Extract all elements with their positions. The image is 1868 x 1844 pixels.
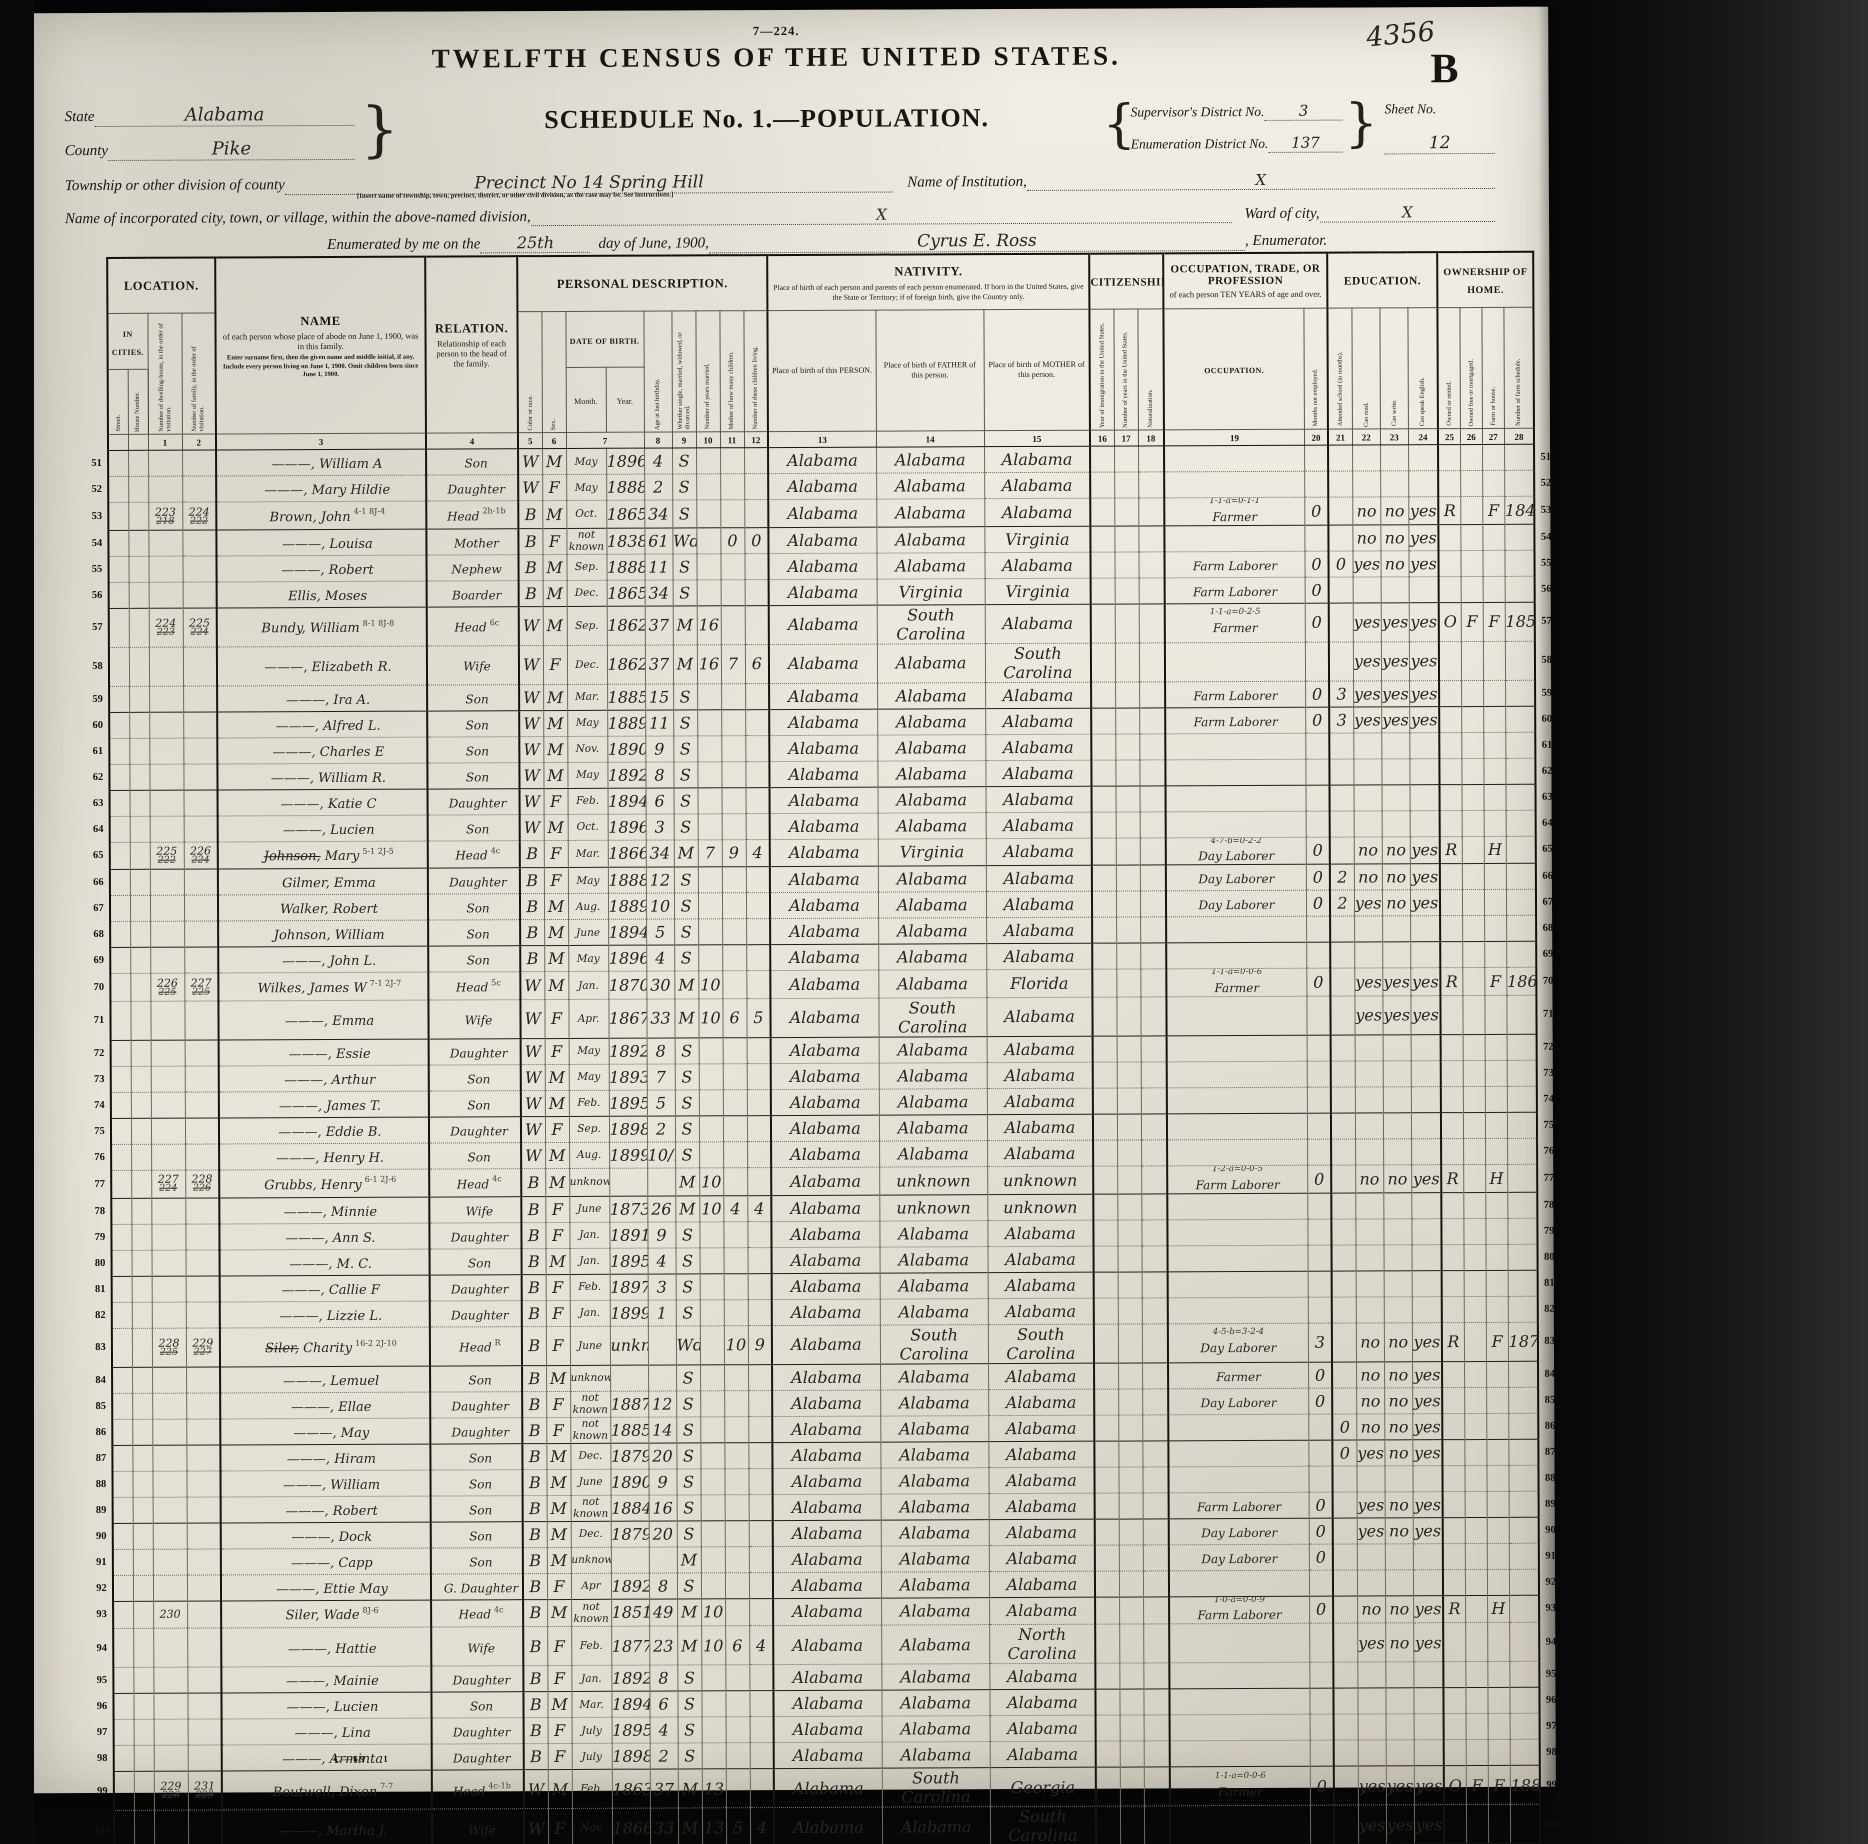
cell-can-speak-english: yes	[1409, 550, 1439, 576]
cell-months-not-employed	[1304, 445, 1328, 471]
cell-attended-school	[1333, 1544, 1357, 1570]
cell-house-number	[130, 870, 150, 896]
cell-can-read	[1353, 577, 1381, 603]
cell-can-write	[1382, 810, 1410, 836]
cell-naturalization	[1140, 786, 1166, 812]
cell-occupation: 1-1-a=0-1-1Farmer	[1164, 497, 1304, 525]
cell-pob-mother: Alabama	[988, 1298, 1094, 1324]
cell-relation: Son	[428, 920, 520, 946]
cell-age: 37	[650, 1769, 678, 1808]
cell-street	[113, 1575, 133, 1601]
line-number-left: 79	[89, 1224, 111, 1250]
cell-marital-status: S	[677, 1520, 701, 1546]
cell-can-speak-english	[1409, 576, 1439, 602]
cell-birth-year: 1895	[609, 1090, 647, 1116]
right-line-number-gutter	[1533, 252, 1556, 445]
cell-pob-father: unknown	[879, 1167, 987, 1195]
cell-color-race: B	[520, 920, 544, 946]
cell-can-read	[1355, 1113, 1383, 1139]
cell-name: ———, Charles E	[217, 737, 427, 764]
cell-children-living	[749, 1494, 773, 1520]
cell-pob-person: Alabama	[774, 1768, 882, 1807]
line-number-right: 85	[1538, 1387, 1560, 1413]
cell-dwelling-number: 225222	[150, 842, 184, 870]
cell-can-write	[1383, 1192, 1411, 1218]
cell-marital-status: S	[676, 1273, 700, 1299]
line-number-right: 81	[1538, 1270, 1560, 1296]
col-header-can-speak-english: Can speak English.	[1408, 308, 1439, 429]
cell-farm-or-house: F	[1488, 1766, 1510, 1805]
cell-pob-mother: Alabama	[988, 1272, 1094, 1298]
cell-owned-rented	[1439, 732, 1461, 758]
cell-birth-month: Feb.	[570, 1274, 610, 1300]
cell-immigration-year	[1091, 682, 1115, 708]
cell-owned-rented	[1440, 784, 1462, 810]
line-number-right: 92	[1539, 1569, 1561, 1595]
cell-can-speak-english	[1409, 732, 1439, 758]
cell-immigration-year	[1093, 1140, 1117, 1166]
cell-birth-month: Oct.	[566, 500, 606, 528]
cell-naturalization	[1143, 1596, 1169, 1624]
line-number-left: 86	[90, 1419, 112, 1445]
cell-street	[110, 896, 130, 922]
cell-birth-year: 1877	[611, 1626, 649, 1665]
cell-pob-person: Alabama	[770, 866, 878, 892]
cell-name: ———, Ettie May	[221, 1574, 431, 1601]
cell-house-number	[129, 582, 149, 608]
cell-farm-or-house	[1484, 916, 1506, 942]
cell-years-in-us	[1119, 1467, 1143, 1493]
cell-farm-schedule	[1505, 550, 1535, 576]
cell-can-write	[1384, 1296, 1412, 1322]
cell-mother-of-children	[721, 683, 745, 709]
line-number-left: 97	[92, 1720, 114, 1746]
cell-occupation: 1-0-a=0-0-9Farm Laborer	[1169, 1596, 1309, 1624]
cell-owned-rented	[1440, 758, 1462, 784]
cell-relation: HeadR	[430, 1326, 522, 1365]
cell-dwelling-number: 223218	[148, 502, 182, 530]
cell-naturalization	[1144, 1741, 1170, 1767]
cell-attended-school	[1329, 603, 1353, 642]
cell-birth-month: July	[572, 1743, 612, 1769]
cell-birth-year: 1896	[608, 945, 646, 971]
cell-house-number	[132, 1250, 152, 1276]
cell-occupation: Farm Laborer	[1165, 577, 1305, 604]
cell-years-in-us	[1115, 682, 1139, 708]
cell-color-race: W	[520, 972, 544, 1000]
cell-owned-free-mortgaged	[1465, 1623, 1487, 1662]
cell-can-write	[1381, 732, 1409, 758]
cell-marital-status: S	[674, 788, 698, 814]
cell-farm-or-house	[1486, 1218, 1508, 1244]
cell-farm-or-house: H	[1484, 836, 1506, 864]
cell-mother-of-children	[723, 1116, 747, 1142]
column-number-18: 18	[1138, 430, 1164, 446]
cell-farm-or-house	[1486, 1296, 1508, 1322]
cell-owned-free-mortgaged	[1464, 1322, 1486, 1361]
cell-sex: M	[543, 736, 567, 762]
cell-months-not-employed	[1308, 1245, 1332, 1271]
column-number-20: 20	[1304, 429, 1328, 445]
line-number-right: 59	[1535, 680, 1557, 706]
cell-owned-rented	[1443, 1623, 1465, 1662]
cell-sex: M	[546, 1248, 570, 1274]
cell-relation: Son	[430, 1248, 522, 1274]
cell-house-number	[128, 556, 148, 582]
cell-owned-free-mortgaged	[1464, 1270, 1486, 1296]
cell-mother-of-children	[725, 1520, 749, 1546]
cell-owned-free-mortgaged	[1460, 496, 1482, 524]
cell-marital-status: S	[673, 710, 697, 736]
cell-naturalization	[1139, 604, 1165, 643]
cell-mother-of-children: 6	[722, 999, 746, 1038]
cell-occupation	[1167, 1193, 1307, 1220]
cell-years-in-us	[1119, 1663, 1143, 1689]
cell-birth-year: 1865	[607, 580, 645, 606]
cell-owned-rented	[1442, 1296, 1464, 1322]
cell-relation: Son	[426, 449, 518, 475]
cell-can-speak-english	[1408, 471, 1438, 497]
cell-pob-father: Alabama	[879, 1115, 987, 1141]
cell-owned-free-mortgaged	[1463, 1060, 1485, 1086]
line-number-right: 93	[1539, 1595, 1561, 1623]
cell-months-not-employed: 0	[1305, 707, 1329, 733]
cell-naturalization	[1140, 891, 1166, 917]
line-number-right: 61	[1535, 732, 1557, 758]
cell-relation: Daughter	[430, 1417, 522, 1443]
cell-pob-father: Alabama	[881, 1625, 989, 1664]
cell-sex: F	[542, 528, 566, 554]
cell-can-speak-english	[1412, 1218, 1442, 1244]
cell-owned-rented	[1441, 1192, 1463, 1218]
cell-pob-mother: Georgia	[990, 1767, 1096, 1806]
cell-can-read: yes	[1355, 968, 1383, 996]
cell-house-number	[130, 1001, 150, 1040]
cell-naturalization	[1143, 1518, 1169, 1544]
cell-occupation	[1167, 996, 1307, 1036]
cell-marital-status: S	[676, 1364, 700, 1390]
cell-years-in-us	[1118, 1389, 1142, 1415]
cell-years-in-us	[1116, 969, 1140, 997]
left-line-number-gutter	[85, 258, 108, 451]
cell-immigration-year	[1095, 1571, 1119, 1597]
cell-attended-school	[1329, 733, 1353, 759]
cell-name: ———, Henry H.	[219, 1143, 429, 1170]
cell-attended-school	[1330, 759, 1354, 785]
cell-birth-month: June	[568, 920, 608, 946]
cell-can-read	[1357, 1569, 1385, 1595]
cell-months-not-employed: 3	[1308, 1323, 1332, 1362]
col-header-can-write: Can write.	[1380, 308, 1409, 429]
cell-occupation	[1170, 1740, 1310, 1767]
cell-owned-rented	[1441, 1112, 1463, 1138]
cell-can-read: no	[1356, 1387, 1384, 1413]
cell-immigration-year	[1092, 812, 1116, 838]
cell-years-married: 7	[698, 839, 722, 867]
cell-dwelling-number	[152, 1250, 186, 1276]
cell-marital-status: S	[678, 1717, 702, 1743]
cell-years-in-us	[1119, 1597, 1143, 1625]
cell-years-married	[699, 1221, 723, 1247]
cell-children-living: 4	[746, 839, 770, 867]
cell-house-number	[133, 1667, 153, 1693]
col-header-farm-schedule: Number of farm schedule.	[1504, 307, 1535, 428]
cell-street	[108, 450, 128, 476]
cell-color-race: B	[523, 1599, 547, 1627]
township-note: [Insert name of township, town, precinct…	[357, 192, 673, 200]
cell-can-speak-english	[1413, 1543, 1443, 1569]
cell-sex: M	[543, 684, 567, 710]
cell-mother-of-children	[725, 1691, 749, 1717]
cell-years-in-us	[1118, 1246, 1142, 1272]
cell-owned-rented	[1444, 1714, 1466, 1740]
cell-dwelling-number	[152, 1445, 186, 1471]
cell-can-write: yes	[1381, 680, 1409, 706]
cell-children-living	[746, 893, 770, 919]
cell-street	[110, 816, 130, 842]
cell-house-number	[132, 1302, 152, 1328]
cell-pob-person: Alabama	[770, 944, 878, 970]
cell-birth-year: 1887	[610, 1391, 648, 1417]
cell-years-in-us	[1117, 1140, 1141, 1166]
footer-page-value: 1	[383, 1754, 390, 1764]
cell-birth-month: Dec.	[570, 1443, 610, 1469]
cell-name: ———, Dock	[221, 1522, 431, 1549]
cell-birth-year	[610, 1365, 648, 1391]
cell-years-married	[700, 1299, 724, 1325]
cell-occupation	[1167, 1113, 1307, 1140]
cell-can-speak-english	[1414, 1662, 1444, 1688]
cell-attended-school: 0	[1333, 1440, 1357, 1466]
cell-house-number	[132, 1328, 152, 1367]
cell-sex: F	[548, 1809, 572, 1844]
cell-farm-or-house: H	[1487, 1595, 1509, 1623]
cell-street	[111, 1170, 131, 1198]
line-number-right: 71	[1537, 995, 1559, 1034]
cell-street	[109, 582, 129, 608]
cell-years-in-us	[1120, 1741, 1144, 1767]
column-number-blank-street	[108, 434, 128, 450]
cell-name: Grubbs, Henry6-1 2J-6	[219, 1169, 429, 1198]
page-title: TWELFTH CENSUS OF THE UNITED STATES.	[266, 40, 1286, 75]
cell-family-number	[182, 556, 216, 582]
cell-owned-free-mortgaged	[1463, 1112, 1485, 1138]
cell-owned-rented: R	[1438, 497, 1460, 525]
cell-can-write: yes	[1386, 1805, 1414, 1844]
cell-months-not-employed: 0	[1307, 1165, 1331, 1193]
cell-color-race: W	[520, 814, 544, 840]
cell-birth-year: 1899	[610, 1300, 648, 1326]
cell-years-in-us	[1119, 1441, 1143, 1467]
cell-farm-schedule	[1507, 1138, 1537, 1164]
cell-pob-father: Alabama	[880, 1363, 988, 1389]
cell-farm-schedule	[1507, 1060, 1537, 1086]
state-value: Alabama	[95, 104, 355, 127]
cell-months-not-employed	[1304, 471, 1328, 497]
cell-mother-of-children	[722, 971, 746, 999]
cell-house-number	[131, 1040, 151, 1066]
cell-occupation	[1168, 1414, 1308, 1441]
cell-can-speak-english	[1411, 1139, 1441, 1165]
line-number-left: 88	[90, 1471, 112, 1497]
cell-color-race: B	[518, 528, 542, 554]
cell-street	[109, 712, 129, 738]
cell-name: Wilkes, James W7-1 2J-7	[218, 972, 428, 1001]
cell-years-in-us	[1119, 1624, 1143, 1663]
col-header-owned-rented: Owned or rented.	[1438, 308, 1461, 429]
cell-farm-or-house	[1485, 1034, 1507, 1060]
cell-family-number	[186, 1367, 220, 1393]
cell-attended-school	[1328, 445, 1352, 471]
cell-pob-person: Alabama	[770, 970, 878, 998]
district-brace-close: }	[1344, 93, 1377, 153]
cell-owned-free-mortgaged	[1463, 1034, 1485, 1060]
cell-naturalization	[1142, 1414, 1168, 1440]
cell-owned-rented	[1439, 550, 1461, 576]
column-number-25: 25	[1438, 429, 1460, 445]
column-number-11: 11	[720, 432, 744, 448]
cell-sex: M	[543, 580, 567, 606]
cell-marital-status: S	[675, 1142, 699, 1168]
cell-street	[109, 608, 129, 647]
cell-dwelling-number	[154, 1719, 188, 1745]
cell-marital-status: M	[678, 1808, 702, 1844]
line-number-left: 90	[91, 1523, 113, 1549]
cell-immigration-year	[1092, 865, 1116, 891]
cell-years-married	[700, 1468, 724, 1494]
cell-immigration-year	[1093, 1166, 1117, 1194]
cell-years-in-us	[1118, 1272, 1142, 1298]
table-row: 100 ———, Martha J. Wife W F Nov. 1866 33…	[92, 1804, 1562, 1844]
cell-pob-father: Alabama	[877, 643, 985, 682]
cell-years-in-us	[1119, 1519, 1143, 1545]
cell-mother-of-children: 0	[720, 527, 744, 553]
relation-title: RELATION.	[426, 319, 516, 338]
cell-sex: M	[543, 710, 567, 736]
cell-marital-status: S	[675, 1116, 699, 1142]
cell-years-married	[702, 1743, 726, 1769]
cell-pob-person: Alabama	[771, 1089, 879, 1115]
cell-mother-of-children	[721, 709, 745, 735]
cell-can-speak-english	[1412, 1296, 1442, 1322]
cell-house-number	[130, 816, 150, 842]
cell-years-married	[700, 1442, 724, 1468]
cell-can-read: yes	[1357, 1439, 1385, 1465]
cell-family-number: 227225	[184, 973, 218, 1001]
cell-street	[111, 1118, 131, 1144]
cell-years-in-us	[1115, 578, 1139, 604]
cell-pob-mother: Alabama	[987, 997, 1093, 1036]
cell-occupation: 1-1-a=0-0-6Farmer	[1166, 969, 1306, 997]
cell-relation: Head4c	[429, 1169, 521, 1197]
col-header-house-number: House Number.	[128, 369, 148, 434]
cell-can-speak-english	[1410, 810, 1440, 836]
cell-age: 34	[645, 580, 673, 606]
cell-pob-father: Alabama	[881, 1597, 989, 1625]
cell-pob-mother: Virginia	[985, 578, 1091, 604]
cell-months-not-employed	[1310, 1740, 1334, 1766]
cell-dwelling-number	[153, 1575, 187, 1601]
cell-owned-free-mortgaged	[1461, 732, 1483, 758]
cell-years-in-us	[1116, 917, 1140, 943]
cell-pob-mother: Alabama	[990, 1715, 1096, 1741]
cell-name: Walker, Robert	[218, 894, 428, 921]
line-number-right: 52	[1534, 470, 1556, 496]
cell-pob-person: Alabama	[772, 1416, 880, 1442]
cell-name: ———, Mary Hildie	[216, 475, 426, 502]
cell-children-living	[744, 500, 768, 528]
cell-birth-month: Jan.	[569, 1222, 609, 1248]
line-number-left: 95	[91, 1668, 113, 1694]
cell-months-not-employed: 0	[1306, 864, 1330, 890]
cell-immigration-year	[1092, 760, 1116, 786]
cell-age: 1	[648, 1300, 676, 1326]
cell-can-read	[1358, 1740, 1386, 1766]
cell-farm-schedule: 187	[1508, 1322, 1538, 1361]
cell-family-number	[186, 1276, 220, 1302]
cell-can-read	[1355, 1061, 1383, 1087]
cell-mother-of-children	[721, 761, 745, 787]
cell-months-not-employed: 0	[1309, 1544, 1333, 1570]
cell-can-write	[1386, 1688, 1414, 1714]
cell-marital-status: S	[676, 1390, 700, 1416]
cell-pob-person: Alabama	[770, 892, 878, 918]
cell-immigration-year	[1093, 1036, 1117, 1062]
column-number-12: 12	[744, 432, 768, 448]
cell-years-in-us	[1118, 1324, 1142, 1363]
cell-pob-father: Alabama	[877, 682, 985, 708]
col-header-farm-or-house: Farm or house.	[1482, 307, 1505, 428]
cell-children-living	[747, 1142, 771, 1168]
cell-years-married	[700, 1416, 724, 1442]
cell-years-married	[699, 1038, 723, 1064]
enumerated-label: Enumerated by me on the	[327, 236, 480, 254]
cell-family-number	[183, 738, 217, 764]
column-number-15: 15	[984, 430, 1090, 446]
cell-birth-year: 1889	[607, 710, 645, 736]
cell-naturalization	[1142, 1323, 1168, 1362]
cell-pob-father: Alabama	[882, 1716, 990, 1742]
cell-name: Johnson, Mary5-1 2J-5	[218, 841, 428, 870]
cell-mother-of-children	[722, 893, 746, 919]
cell-name: ———, Ira A.	[217, 685, 427, 712]
schedule-title: SCHEDULE No. 1.—POPULATION.	[447, 103, 1087, 136]
sheet-field: Sheet No.	[1385, 101, 1495, 117]
cell-naturalization	[1143, 1544, 1169, 1570]
cell-age: 4	[646, 945, 674, 971]
cell-sex: F	[548, 1744, 572, 1770]
cell-owned-free-mortgaged	[1465, 1517, 1487, 1543]
line-number-left: 84	[90, 1367, 112, 1393]
cell-name: ———, Arthur	[219, 1065, 429, 1092]
cell-street	[112, 1445, 132, 1471]
cell-street	[113, 1523, 133, 1549]
cell-relation: Mother	[426, 528, 518, 554]
cell-months-not-employed	[1309, 1623, 1333, 1662]
line-number-right: 67	[1536, 889, 1558, 915]
cell-months-not-employed	[1307, 1087, 1331, 1113]
cell-attended-school	[1332, 1271, 1356, 1297]
cell-farm-schedule	[1506, 864, 1536, 890]
line-number-right: 84	[1538, 1361, 1560, 1387]
cell-occupation	[1168, 1219, 1308, 1246]
cell-pob-person: Alabama	[772, 1325, 880, 1364]
cell-owned-free-mortgaged	[1465, 1465, 1487, 1491]
cell-pob-mother: Alabama	[986, 917, 1092, 943]
cell-pob-mother: Alabama	[987, 1062, 1093, 1088]
cell-occupation	[1170, 1714, 1310, 1741]
line-number-right: 82	[1538, 1296, 1560, 1322]
